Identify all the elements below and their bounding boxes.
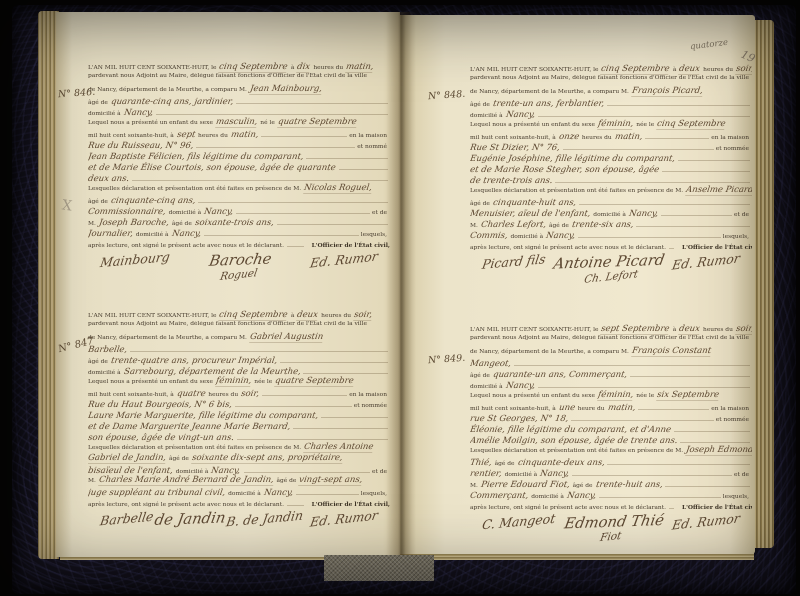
handwritten-text: François Constant	[631, 346, 712, 357]
handwritten-text: Nancy,	[628, 209, 659, 218]
handwritten-text: Nancy,	[123, 108, 154, 117]
handwritten-text: trente-huit ans,	[595, 480, 663, 489]
record-line: et de Marie Rose Stegher, son épouse, âg…	[470, 163, 752, 174]
record-line: Eugénie Joséphine, fille légitime du com…	[470, 152, 752, 163]
printed-text: âgé de	[172, 221, 192, 227]
record-line: Jean Baptiste Félicien, fils légitime du…	[88, 150, 390, 161]
record-line: Mangeot,	[470, 357, 752, 368]
record-line: Laure Marie Marguerite, fille légitime d…	[88, 409, 390, 420]
handwritten-text: et de Dame Marguerite Jeanne Marie Berna…	[88, 422, 291, 431]
record-line: deux ans.	[88, 172, 390, 183]
signature: Barbelle	[99, 509, 155, 531]
handwritten-text: féminin,	[215, 376, 252, 387]
handwritten-text: cinquante-cinq ans,	[110, 196, 196, 205]
rule-fill	[680, 434, 750, 443]
record-line: Lequel nous a présenté un enfant du sexe…	[470, 119, 752, 130]
rule-fill	[296, 486, 359, 495]
printed-text: domicilié à	[531, 494, 564, 500]
printed-text: Lequel nous a présenté un enfant du sexe	[470, 122, 595, 128]
printed-text: mil huit cent soixante-huit, à	[470, 135, 556, 141]
record-line: et de Marie Élise Courtois, son épouse, …	[88, 161, 390, 172]
printed-text: après lecture, ont signé le présent acte…	[88, 502, 284, 508]
rule-fill	[579, 196, 750, 205]
handwritten-text: Charles Lefort,	[480, 220, 547, 229]
handwritten-text: Rue St Dizier, N° 76,	[470, 143, 561, 152]
handwritten-text: Eugénie Joséphine, fille légitime du com…	[470, 154, 676, 163]
rule-fill	[277, 216, 388, 225]
handwritten-text: Joseph Baroche,	[98, 218, 170, 227]
signature: Ed. Rumor	[309, 507, 380, 532]
rule-fill	[262, 387, 347, 396]
printed-text: domicilié à	[136, 232, 169, 238]
handwritten-text: Thié,	[470, 458, 492, 467]
record-line: Lequel nous a présenté un enfant du sexe…	[88, 117, 390, 128]
printed-text: domicilié à	[505, 472, 538, 478]
record-line: après lecture, ont signé le présent acte…	[88, 238, 390, 249]
printed-text: heures du	[703, 67, 733, 73]
handwritten-text: Sarrebourg, département de la Meurthe,	[123, 367, 301, 376]
printed-text: L'AN MIL HUIT CENT SOIXANTE-HUIT, le	[470, 327, 598, 333]
printed-text: domicilié à	[88, 111, 121, 117]
record-line: mil huit cent soixante-huit, àquatreheur…	[88, 387, 390, 398]
signature-row: Barbellede JandinB. de JandinEd. Rumor	[88, 508, 390, 528]
handwritten-text: Charles Marie André Bernard de Jandin,	[98, 475, 274, 486]
handwritten-text: quarante-un ans, Commerçant,	[492, 370, 628, 379]
handwritten-text: Jean Baptiste Félicien, fils légitime du…	[88, 152, 304, 161]
handwritten-text: deux	[678, 324, 700, 335]
record-line: M.Charles Marie André Bernard de Jandin,…	[88, 475, 390, 486]
record-line: pardevant nous Adjoint au Maire, délégué…	[470, 75, 752, 86]
rule-fill	[321, 409, 388, 418]
printed-text: après lecture, ont signé le présent acte…	[470, 505, 666, 511]
record-line: Lesquelles déclaration et présentation o…	[470, 445, 752, 456]
rule-fill	[571, 412, 713, 421]
handwritten-text: soir,	[735, 324, 752, 335]
printed-text: domicilié à	[470, 384, 503, 390]
handwritten-text: vingt-sept ans,	[299, 475, 364, 486]
printed-text: Lequel nous a présenté un enfant du sexe	[88, 120, 213, 126]
record-line: de Nancy, département de la Meurthe, a c…	[88, 332, 390, 343]
record-line: son épouse, âgée de vingt-un ans.	[88, 431, 390, 442]
rule-fill	[236, 205, 370, 214]
handwritten-text: Gabriel de Jandin,	[88, 453, 167, 464]
printed-text: en la maison	[711, 406, 749, 412]
printed-text: âgé de	[470, 102, 490, 108]
handwritten-text: François Picard,	[631, 86, 703, 97]
printed-text: née le	[254, 379, 272, 385]
handwritten-text: et de Marie Rose Stegher, son épouse, âg…	[470, 165, 660, 174]
handwritten-text: cinq Septembre	[219, 62, 289, 73]
handwritten-text: quatre Septembre	[277, 117, 357, 128]
handwritten-text: Nancy,	[203, 207, 234, 216]
handwritten-text: Charles Antoine	[303, 442, 374, 453]
rule-fill	[538, 379, 750, 388]
record-line: Éléonie, fille légitime du comparant, et…	[470, 423, 752, 434]
record-line: L'AN MIL HUIT CENT SOIXANTE-HUIT, lecinq…	[88, 62, 390, 73]
printed-text: heures du	[313, 65, 343, 71]
handwritten-text: Nancy,	[263, 488, 294, 497]
printed-text: âgé de	[88, 100, 108, 106]
printed-text: à	[291, 313, 295, 319]
record-line: domicilié àNancy,	[470, 379, 752, 390]
handwritten-text: son épouse, âgée de vingt-un ans.	[88, 433, 235, 442]
rule-fill	[196, 139, 355, 148]
record-line: M.Joseph Baroche,âgé desoixante-trois an…	[88, 216, 390, 227]
record-line: Commissionnaire,domicilié àNancy,et de	[88, 205, 390, 216]
printed-text: âgé de	[169, 456, 189, 462]
handwritten-text: Mangeot,	[470, 359, 512, 368]
right-page-content: N° 848.L'AN MIL HUIT CENT SOIXANTE-HUIT,…	[470, 60, 752, 550]
handwritten-text: matin,	[230, 130, 259, 139]
printed-text: M.	[88, 221, 96, 227]
signature: Fiot	[599, 530, 622, 546]
printed-text: Lequel nous a présenté un enfant du sexe	[470, 393, 595, 399]
handwritten-text: Joseph Edmond	[685, 445, 752, 456]
record-line: rue St Georges, N° 18,et nommée	[470, 412, 752, 423]
record-line: âgé detrente-un ans, ferblantier,	[470, 97, 752, 108]
handwritten-text: Laure Marie Marguerite, fille légitime d…	[88, 411, 319, 420]
record-line: Lesquelles déclaration et présentation o…	[88, 442, 390, 453]
printed-text: de Nancy, département de la Meurthe, a c…	[88, 87, 247, 93]
printed-text: née le	[636, 393, 654, 399]
signature: Roguel	[219, 267, 258, 284]
record-line: Rue du Ruisseau, N° 96,et nommé	[88, 139, 390, 150]
birth-record-847: N° 847L'AN MIL HUIT CENT SOIXANTE-HUIT, …	[88, 310, 390, 528]
handwritten-text: sept	[176, 130, 196, 139]
rule-fill	[287, 497, 304, 506]
record-line: M.Pierre Edouard Fiot,âgé detrente-huit …	[470, 478, 752, 489]
handwritten-text: Nancy,	[505, 110, 536, 119]
printed-text: domicilié à	[593, 212, 626, 218]
record-line: Lequel nous a présenté un enfant du sexe…	[88, 376, 390, 387]
handwritten-text: Pierre Edouard Fiot,	[480, 480, 570, 489]
handwritten-text: et de Marie Élise Courtois, son épouse, …	[88, 163, 336, 172]
record-line: Journalier,domicilié àNancy,lesquels,	[88, 227, 390, 238]
rule-fill	[237, 431, 388, 440]
rule-fill	[599, 489, 721, 498]
handwritten-text: Journalier,	[88, 229, 134, 238]
rule-fill	[661, 207, 732, 216]
printed-text: née le	[636, 122, 654, 128]
record-line: domicilié àSarrebourg, département de la…	[88, 365, 390, 376]
handwritten-text: rue St Georges, N° 18,	[470, 414, 569, 423]
printed-text: âgé de	[573, 483, 593, 489]
handwritten-text: deux	[297, 310, 319, 321]
handwritten-text: de trente-trois ans.	[470, 176, 553, 185]
rule-fill	[607, 456, 750, 465]
record-line: Commis,domicilié àNancy,lesquels,	[470, 229, 752, 240]
book-gutter-shadow	[386, 12, 416, 557]
handwritten-text: Jean Mainbourg,	[249, 84, 323, 95]
record-line: Rue du Haut Bourgeois, N° 6 bis,et nommé…	[88, 398, 390, 409]
rule-fill	[578, 229, 721, 238]
record-line: de Nancy, département de la Meurthe, a c…	[470, 346, 752, 357]
record-line: de trente-trois ans.	[470, 174, 752, 185]
rule-fill	[303, 365, 388, 374]
printed-text: âgé de	[88, 199, 108, 205]
record-line: mil huit cent soixante-huit, àseptheures…	[88, 128, 390, 139]
printed-text: domicilié à	[470, 113, 503, 119]
handwritten-text: Nancy,	[545, 231, 576, 240]
rule-fill	[306, 150, 388, 159]
rule-fill	[669, 500, 674, 509]
handwritten-text: Anselme Picard,	[685, 185, 752, 196]
printed-text: Lesquelles déclaration et présentation o…	[88, 445, 301, 451]
handwritten-text: cinq Septembre	[601, 64, 671, 75]
record-line: pardevant nous Adjoint au Maire, délégué…	[470, 335, 752, 346]
printed-text: heures du	[321, 313, 351, 319]
handwritten-text: juge suppléant au tribunal civil,	[88, 488, 226, 497]
handwritten-text: matin,	[614, 132, 643, 141]
handwritten-text: Nancy,	[505, 381, 536, 390]
record-line: de Nancy, département de la Meurthe, a c…	[470, 86, 752, 97]
record-line: âgé decinquante-huit ans,	[470, 196, 752, 207]
record-line: juge suppléant au tribunal civil,domicil…	[88, 486, 390, 497]
signature: de Jandin	[153, 508, 227, 531]
handwritten-text: quatre	[176, 389, 206, 398]
printed-text: lesquels,	[723, 234, 749, 240]
rule-fill	[339, 161, 388, 170]
handwritten-text: soixante dix-sept ans, propriétaire,	[191, 453, 343, 464]
rule-fill	[293, 420, 388, 429]
handwritten-text: six Septembre	[656, 390, 720, 401]
printed-text: en la maison	[711, 135, 749, 141]
rule-fill	[636, 218, 750, 227]
handwritten-text: Éléonie, fille légitime du comparant, et…	[470, 425, 672, 434]
signature-row: Fiot	[470, 531, 752, 544]
printed-text: âgé de	[88, 359, 108, 365]
handwritten-text: matin,	[607, 403, 636, 412]
rule-fill	[638, 401, 709, 410]
rule-fill	[204, 227, 359, 236]
record-line: âgé dequarante-cinq ans, jardinier,	[88, 95, 390, 106]
record-line: mil huit cent soixante-huit, àuneheure d…	[470, 401, 752, 412]
handwritten-text: Commerçant,	[470, 491, 529, 500]
printed-text: domicilié à	[88, 370, 121, 376]
printed-text: de Nancy, département de la Meurthe, a c…	[88, 335, 247, 341]
record-line: Amélie Moilgin, son épouse, âgée de tren…	[470, 434, 752, 445]
printed-text: L'AN MIL HUIT CENT SOIXANTE-HUIT, le	[470, 67, 598, 73]
record-line: Rue St Dizier, N° 76,et nommée	[470, 141, 752, 152]
left-page-content: N° 846.XL'AN MIL HUIT CENT SOIXANTE-HUIT…	[88, 58, 390, 552]
printed-text: M.	[88, 478, 96, 484]
printed-text: et de	[372, 469, 387, 475]
handwritten-text: Commis,	[470, 231, 508, 240]
record-line: Lesquelles déclaration et présentation o…	[88, 183, 390, 194]
handwritten-text: une	[558, 403, 576, 412]
handwritten-text: féminin,	[597, 119, 634, 130]
record-line: bisaïeul de l'enfant,domicilié àNancy,et…	[88, 464, 390, 475]
rule-fill	[198, 194, 388, 203]
signature-row: Roguel	[88, 269, 390, 282]
printed-text: heures du	[208, 392, 238, 398]
handwritten-text: deux ans.	[88, 174, 130, 183]
handwritten-text: trente-quatre ans, procureur Impérial,	[110, 356, 278, 365]
rule-fill	[236, 95, 388, 104]
printed-text: lesquels,	[361, 232, 387, 238]
rule-fill	[280, 354, 388, 363]
handwritten-text: Barbelle,	[88, 345, 128, 354]
printed-text: né le	[260, 120, 275, 126]
record-line: âgé decinquante-cinq ans,	[88, 194, 390, 205]
printed-text: pardevant nous Adjoint au Maire, délégué…	[470, 335, 749, 341]
printed-text: âgé de	[495, 461, 515, 467]
handwritten-text: rentier,	[470, 469, 502, 478]
printed-text: L'Officier de l'État civil,	[682, 244, 752, 251]
signature: B. de Jandin	[225, 507, 305, 531]
rule-fill	[669, 240, 674, 249]
printed-text: Lesquelles déclaration et présentation o…	[88, 186, 301, 192]
rule-fill	[572, 467, 732, 476]
printed-text: en la maison	[349, 392, 387, 398]
printed-text: Lequel nous a présenté un enfant du sexe	[88, 379, 213, 385]
printed-text: lesquels,	[361, 491, 387, 497]
printed-text: heures du	[703, 327, 733, 333]
handwritten-text: trente-un ans, ferblantier,	[492, 99, 605, 108]
printed-text: pardevant nous Adjoint au Maire, délégué…	[88, 321, 367, 327]
handwritten-text: masculin,	[215, 117, 258, 128]
rule-fill	[645, 130, 709, 139]
handwritten-text: Nancy,	[171, 229, 202, 238]
record-line: Barbelle,	[88, 343, 390, 354]
printed-text: de Nancy, département de la Meurthe, a c…	[470, 349, 629, 355]
printed-text: lesquels,	[723, 494, 749, 500]
record-line: après lecture, ont signé le présent acte…	[470, 240, 752, 251]
signature-row: MainbourgBarocheEd. Rumor	[88, 249, 390, 269]
handwritten-text: cinquante-deux ans,	[517, 458, 606, 467]
printed-text: domicilié à	[169, 210, 202, 216]
printed-text: L'AN MIL HUIT CENT SOIXANTE-HUIT, le	[88, 65, 216, 71]
register-photo: quatorze 19 N° 846.XL'AN MIL HUIT CENT S…	[0, 0, 800, 596]
signature-row: Ch. Lefort	[470, 271, 752, 284]
handwritten-text: Rue du Haut Bourgeois, N° 6 bis,	[88, 400, 233, 409]
birth-record-849: N° 849.L'AN MIL HUIT CENT SOIXANTE-HUIT,…	[470, 324, 752, 544]
handwritten-text: soir,	[240, 389, 260, 398]
rule-fill	[538, 108, 750, 117]
handwritten-text: Amélie Moilgin, son épouse, âgée de tren…	[470, 436, 678, 445]
printed-text: pardevant nous Adjoint au Maire, délégué…	[88, 73, 367, 79]
record-line: pardevant nous Adjoint au Maire, délégué…	[88, 73, 390, 84]
printed-text: mil huit cent soixante-huit, à	[88, 392, 174, 398]
handwritten-text: Nancy,	[539, 469, 570, 478]
handwritten-text: cinq Septembre	[656, 119, 726, 130]
record-line: et de Dame Marguerite Jeanne Marie Berna…	[88, 420, 390, 431]
rule-fill	[678, 152, 750, 161]
record-line: âgé dequarante-un ans, Commerçant,	[470, 368, 752, 379]
handwritten-text: Nancy,	[566, 491, 597, 500]
handwritten-text: Menuisier, aïeul de l'enfant,	[470, 209, 591, 218]
record-line: L'AN MIL HUIT CENT SOIXANTE-HUIT, lesept…	[470, 324, 752, 335]
printed-text: mil huit cent soixante-huit, à	[470, 406, 556, 412]
printed-text: mil huit cent soixante-huit, à	[88, 133, 174, 139]
record-line: pardevant nous Adjoint au Maire, délégué…	[88, 321, 390, 332]
printed-text: après lecture, ont signé le présent acte…	[470, 245, 666, 251]
printed-text: pardevant nous Adjoint au Maire, délégué…	[470, 75, 749, 81]
handwritten-text: deux	[679, 64, 701, 75]
printed-text: à	[291, 65, 295, 71]
binding-cloth	[324, 555, 434, 581]
handwritten-text: bisaïeul de l'enfant,	[88, 466, 174, 475]
signature-row: C. MangeotEdmond ThiéEd. Rumor	[470, 511, 752, 531]
handwritten-text: quarante-cinq ans, jardinier,	[110, 97, 234, 106]
handwritten-text: trente-six ans,	[571, 220, 634, 229]
record-line: Menuisier, aïeul de l'enfant,domicilié à…	[470, 207, 752, 218]
printed-text: L'Officier de l'État civil,	[682, 504, 752, 511]
rule-fill	[674, 423, 750, 432]
record-line: après lecture, ont signé le présent acte…	[470, 500, 752, 511]
rule-fill	[287, 238, 304, 247]
record-line: Gabriel de Jandin,âgé desoixante dix-sep…	[88, 453, 390, 464]
handwritten-text: Gabriel Augustin	[249, 332, 324, 343]
birth-record-848: N° 848.L'AN MIL HUIT CENT SOIXANTE-HUIT,…	[470, 60, 752, 284]
rule-fill	[607, 97, 750, 106]
rule-fill	[244, 464, 371, 473]
signature-row: Picard filsAntoine PicardEd. Rumor	[470, 251, 752, 271]
printed-text: domicilié à	[511, 234, 544, 240]
printed-text: âgé de	[470, 201, 490, 207]
rule-fill	[130, 343, 388, 352]
printed-text: à	[673, 67, 677, 73]
printed-text: M.	[470, 223, 478, 229]
printed-text: à	[673, 327, 677, 333]
birth-record-846: N° 846.XL'AN MIL HUIT CENT SOIXANTE-HUIT…	[88, 58, 390, 282]
handwritten-text: soixante-trois ans,	[194, 218, 275, 227]
printed-text: domicilié à	[228, 491, 261, 497]
handwritten-text: Nicolas Roguel,	[303, 183, 373, 194]
rule-fill	[514, 357, 750, 366]
printed-text: de Nancy, département de la Meurthe, a c…	[470, 89, 629, 95]
handwritten-text: soir,	[735, 64, 752, 75]
rule-fill	[630, 368, 750, 377]
rule-fill	[235, 398, 352, 407]
record-line: L'AN MIL HUIT CENT SOIXANTE-HUIT, lecinq…	[470, 64, 752, 75]
handwritten-text: Nancy,	[211, 466, 242, 475]
handwritten-text: quatre Septembre	[274, 376, 354, 387]
page-edges-right	[753, 20, 774, 548]
record-line: domicilié àNancy,	[470, 108, 752, 119]
handwritten-text: sept Septembre	[601, 324, 671, 335]
handwritten-text: dix	[297, 62, 312, 73]
handwritten-text: Commissionnaire,	[88, 207, 166, 216]
record-line: domicilié àNancy,	[88, 106, 390, 117]
record-line: Thié,âgé decinquante-deux ans,	[470, 456, 752, 467]
record-line: après lecture, ont signé le présent acte…	[88, 497, 390, 508]
printed-text: L'AN MIL HUIT CENT SOIXANTE-HUIT, le	[88, 313, 216, 319]
rule-fill	[665, 478, 750, 487]
rule-fill	[563, 141, 714, 150]
record-line: M.Charles Lefort,âgé detrente-six ans,	[470, 218, 752, 229]
record-line: L'AN MIL HUIT CENT SOIXANTE-HUIT, lecinq…	[88, 310, 390, 321]
record-line: Lequel nous a présenté un enfant du sexe…	[470, 390, 752, 401]
handwritten-text: cinquante-huit ans,	[492, 198, 577, 207]
handwritten-text: féminin,	[597, 390, 634, 401]
record-line: de Nancy, département de la Meurthe, a c…	[88, 84, 390, 95]
record-line: Commerçant,domicilié àNancy,lesquels,	[470, 489, 752, 500]
printed-text: âgé de	[470, 373, 490, 379]
printed-text: Lesquelles déclaration et présentation o…	[470, 448, 683, 454]
printed-text: âgé de	[277, 478, 297, 484]
record-line: mil huit cent soixante-huit, àonzeheures…	[470, 130, 752, 141]
printed-text: M.	[470, 483, 478, 489]
rule-fill	[261, 128, 347, 137]
record-line: rentier,domicilié àNancy,et de	[470, 467, 752, 478]
handwritten-text: matin,	[345, 62, 374, 73]
printed-text: après lecture, ont signé le présent acte…	[88, 243, 284, 249]
rule-fill	[555, 174, 750, 183]
rule-fill	[662, 163, 750, 172]
handwritten-text: cinq Septembre	[219, 310, 289, 321]
handwritten-text: Rue du Ruisseau, N° 96,	[88, 141, 194, 150]
